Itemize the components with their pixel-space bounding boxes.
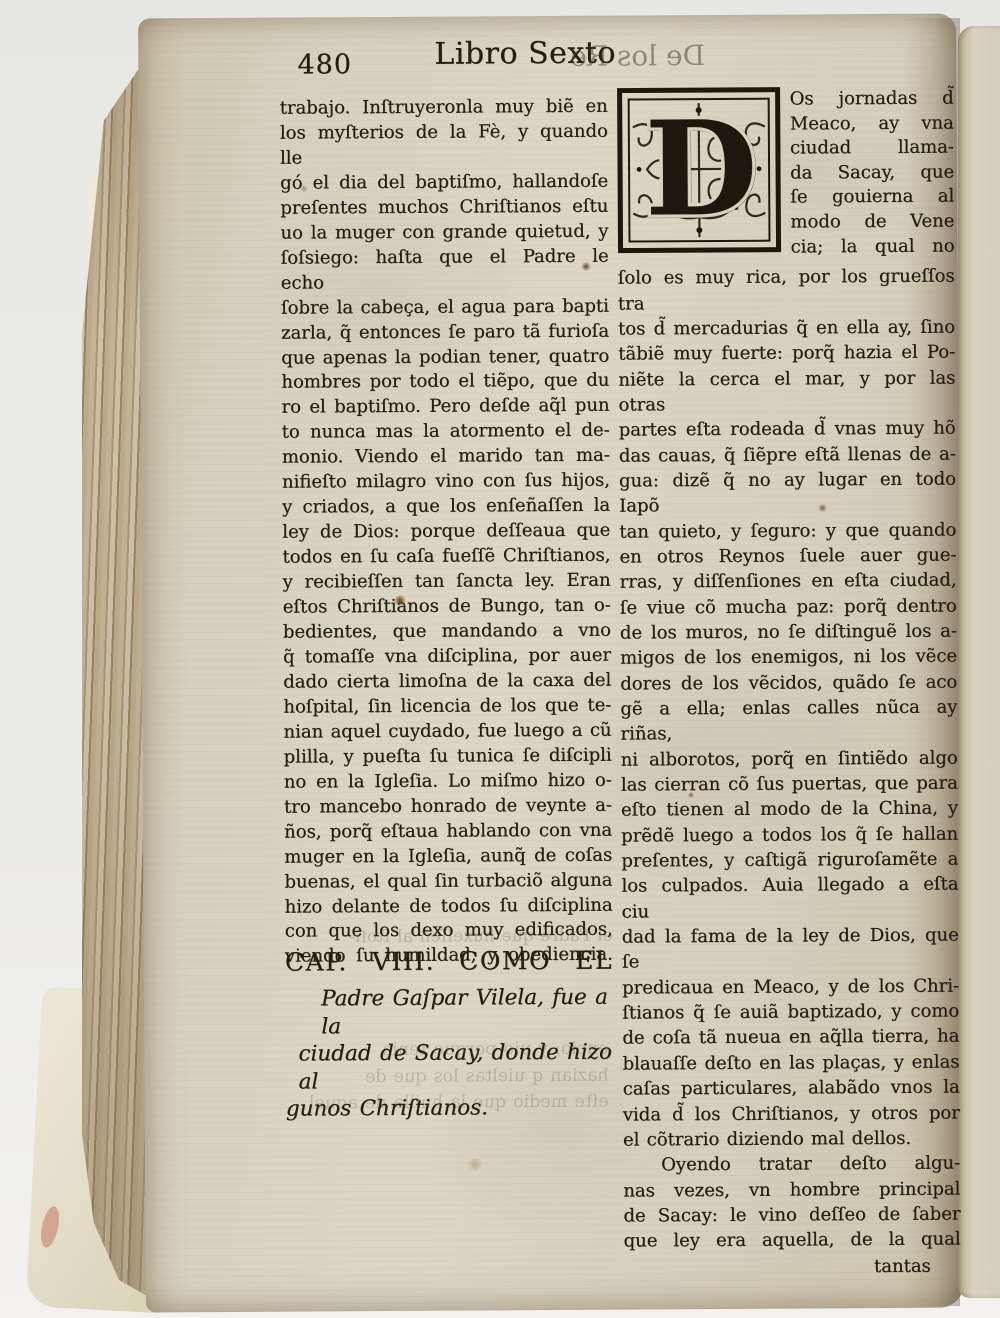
text-line: muger en la Igleſia, aunq̃ de coſas xyxy=(284,843,612,870)
text-line: las cierran cõ ſus puertas, que para xyxy=(621,771,958,798)
text-line: dores de los vẽcidos, quãdo ſe aco xyxy=(620,669,957,696)
text-line: bedientes, que mandando a vno xyxy=(283,619,611,646)
text-line: Padre Gaſpar Vilela, fue a la xyxy=(321,984,615,1041)
text-line: hombres por todo el tiẽpo, que du xyxy=(281,369,609,396)
text-line: modo de Vene xyxy=(790,209,954,235)
text-line: prẽdẽ luego a todos los q̃ ſe hallan xyxy=(621,821,958,848)
text-line: dad la fama de la ley de Dios, que ſe xyxy=(622,923,959,976)
text-line: ciudad llama- xyxy=(790,136,954,162)
text-line: preſentes muchos Chriſtianos eſtu xyxy=(280,194,608,221)
text-line: gua: dizẽ q̃ no ay lugar en todo Iapõ xyxy=(619,466,956,519)
text-line: ſe viue cõ mucha paz: porq̃ dentro xyxy=(620,593,957,620)
text-line: Os jornadas d̃ xyxy=(790,87,954,113)
text-line: nas vezes, vn hombre principal xyxy=(623,1176,960,1203)
text-line: de coſa tã nueua en aq̃lla tierra, ha xyxy=(622,1024,959,1051)
text-line: ley de Dios: porque deſſeaua que xyxy=(282,519,610,546)
bleedthrough-lines: encio; y uio porque teniahazian q uielta… xyxy=(292,1036,608,1117)
text-line: ni alborotos, porq̃ en ſintiẽdo algo xyxy=(621,745,958,772)
text-line: ſtianos q̃ ſe auiã baptizado, y como xyxy=(622,999,959,1026)
right-text-column: D Os jornadas d̃Meaco, ay vnaciudad llam… xyxy=(617,86,961,1281)
text-line: Oyendo tratar deſto algu- xyxy=(623,1151,960,1178)
text-line: tãbiẽ muy fuerte: porq̃ hazia el Po- xyxy=(618,340,955,367)
second-paragraph: Oyendo tratar deſto algu-nas vezes, vn h… xyxy=(623,1151,961,1254)
printed-area: 480 Libro Sexto De los Re trabajo. Inſtr… xyxy=(0,0,1000,1318)
text-line: vida d̃ los Chriſtianos, y otros por xyxy=(623,1100,960,1127)
decorated-initial-D: D xyxy=(617,87,782,254)
paragraph-end-line: el cõtrario diziendo mal dellos. xyxy=(623,1125,960,1152)
text-line: hizo delante de todos ſu diſciplina xyxy=(284,893,612,920)
text-line: blauaſſe deſto en las plaças, y enlas xyxy=(622,1049,959,1076)
text-line: niẽte la cerca el mar, y por las otras xyxy=(618,365,955,418)
text-line: los myſterios de la Fè, y quando lle xyxy=(280,120,608,172)
book-photo: 480 Libro Sexto De los Re trabajo. Inſtr… xyxy=(0,0,1000,1318)
drop-cap-row: D Os jornadas d̃Meaco, ay vnaciudad llam… xyxy=(617,86,955,261)
catchword: tantas xyxy=(624,1253,961,1280)
text-line: caſas particulares, alabãdo vnos la xyxy=(623,1075,960,1102)
text-line: tro mancebo honrado de veynte a- xyxy=(284,793,612,820)
text-line: eſte medio que la huilla de aquel xyxy=(293,1089,609,1117)
text-line: ños, porq̃ eſtaua hablando con vna xyxy=(284,818,612,845)
text-line: gẽ a ella; enlas calles nũca ay riñas, xyxy=(620,695,957,748)
text-line: los culpados. Auia llegado a eſta ciu xyxy=(621,872,958,925)
text-line: encio; y uio porque tenia xyxy=(292,1036,608,1064)
text-line: eſto tienen al modo de la China, y xyxy=(621,796,958,823)
text-line: dado cierta limoſna de la caxa del xyxy=(283,669,611,696)
text-line: preſentes, y caſtigã riguroſamẽte a xyxy=(621,847,958,874)
text-line: zarla, q̃ entonces ſe paro tã furioſa xyxy=(281,319,609,346)
text-line: nian aquel cuydado, fue luego a cũ xyxy=(283,718,611,745)
text-line: partes eſta rodeada d̃ vnas muy hõ xyxy=(619,416,956,443)
text-line: ro el baptiſmo. Pero deſde aq̃l pun xyxy=(281,394,609,421)
right-body-lines: ſolo es muy rica, por los grueſſos trato… xyxy=(618,264,960,1128)
text-line: ſe gouierna al xyxy=(790,185,954,211)
text-line: monio. Viendo el marido tan ma- xyxy=(282,444,610,471)
text-line: eſtos Chriſtianos de Bungo, tan o- xyxy=(283,594,611,621)
text-line: rras, y diſſenſiones en eſta ciudad, xyxy=(620,568,957,595)
svg-text:D: D xyxy=(644,92,758,246)
text-line: trabajo. Inſtruyeronla muy biẽ en xyxy=(280,95,608,122)
bleedthrough-header-text: De los Re xyxy=(570,39,705,73)
text-line: de Sacay: le vino deſſeo de ſaber xyxy=(623,1201,960,1228)
text-line: de los muros, no ſe diſtinguẽ los a- xyxy=(620,618,957,645)
text-line: cia; la qual no xyxy=(790,234,954,260)
text-line: da Sacay, que xyxy=(790,160,954,186)
text-line: predicaua en Meaco, y de los Chri- xyxy=(622,973,959,1000)
chapter-heading-cap: CAP. VIII. COMO EL xyxy=(285,946,613,977)
text-line: tos d̃ mercadurias q̃ en ella ay, ſino xyxy=(618,314,955,341)
text-line: buenas, el qual ſin turbaciõ alguna xyxy=(284,868,612,895)
text-line: uo la muger con grande quietud, y xyxy=(280,219,608,246)
text-line: que ley era aquella, de la qual xyxy=(624,1227,961,1254)
text-line: ſobre la cabeça, el agua para bapti xyxy=(281,294,609,321)
text-line: migos de los enemigos, ni los vẽce xyxy=(620,644,957,671)
text-line: en otros Reynos ſuele auer gue- xyxy=(619,542,956,569)
page-number: 480 xyxy=(297,49,352,80)
text-line: das cauas, q̃ ſiẽpre eſtã llenas de a- xyxy=(619,441,956,468)
text-line: ſoſsiego: haſta que el Padre le echo xyxy=(281,244,609,296)
text-line: nifieſto milagro vino con ſus hijos, xyxy=(282,469,610,496)
text-line: ſolo es muy rica, por los grueſſos tra xyxy=(618,264,955,317)
text-line: hoſpital, ſin licencia de los que te- xyxy=(283,694,611,721)
text-line: q̃ tomaſſe vna diſciplina, por auer xyxy=(283,644,611,671)
text-line: que apenas la podian tener, quatro xyxy=(281,344,609,371)
left-text-column: trabajo. Inſtruyeronla muy biẽ enlos myſ… xyxy=(280,95,613,970)
drop-cap-side-lines: Os jornadas d̃Meaco, ay vnaciudad llama-… xyxy=(790,86,955,260)
text-line: gó el dia del baptiſmo, hallandoſe xyxy=(280,169,608,196)
text-line: todos en ſu caſa fueſſẽ Chriſtianos, xyxy=(282,544,610,571)
text-line: tan quieto, y ſeguro: y que quando xyxy=(619,517,956,544)
text-line: y recibieſſen tan ſancta ley. Eran xyxy=(283,569,611,596)
text-line: hazian q uieltas los que de xyxy=(293,1062,609,1090)
text-line: plilla, y pueſta ſu tunica ſe diſcipli xyxy=(284,743,612,770)
text-line: Meaco, ay vna xyxy=(790,111,954,137)
text-line: no en la Igleſia. Lo miſmo hizo o- xyxy=(284,768,612,795)
text-line: to nunca mas la atormento el de- xyxy=(282,419,610,446)
text-line: y criados, a que los enſeñaſſen la xyxy=(282,494,610,521)
